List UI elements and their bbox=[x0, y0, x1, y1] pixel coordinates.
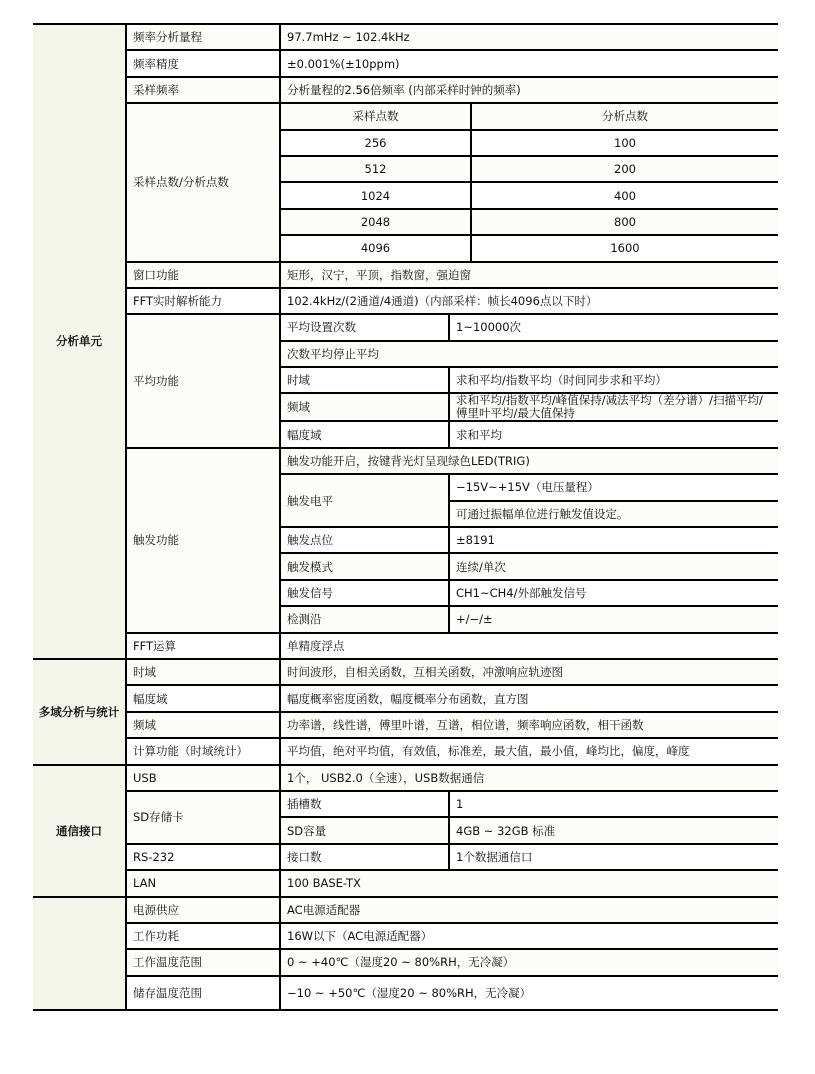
table-row: SD存储卡 插槽数 1 bbox=[33, 791, 778, 817]
sub-value: 连续/单次 bbox=[449, 553, 778, 579]
row-label: LAN bbox=[126, 870, 280, 896]
sub-value: CH1~CH4/外部触发信号 bbox=[449, 580, 778, 606]
cell: 800 bbox=[471, 209, 778, 235]
table-row: 计算功能（时域统计） 平均值，绝对平均值，有效值，标准差，最大值，最小值，峰均比… bbox=[33, 738, 778, 764]
sub-value: 1~10000次 bbox=[449, 314, 778, 340]
table-row: 采样频率 分析量程的2.56倍频率 (内部采样时钟的频率) bbox=[33, 77, 778, 103]
sub-label: 插槽数 bbox=[280, 791, 449, 817]
row-label: USB bbox=[126, 765, 280, 791]
row-label: 幅度域 bbox=[126, 685, 280, 711]
row-label: FFT运算 bbox=[126, 633, 280, 659]
row-label: 储存温度范围 bbox=[126, 976, 280, 1010]
table-row: 平均功能 平均设置次数 1~10000次 bbox=[33, 314, 778, 340]
table-row: RS-232 接口数 1个数据通信口 bbox=[33, 844, 778, 870]
row-label: SD存储卡 bbox=[126, 791, 280, 844]
sub-label: 触发信号 bbox=[280, 580, 449, 606]
table-row: 频率精度 ±0.001%(±10ppm) bbox=[33, 50, 778, 76]
sub-value: 求和平均/指数平均/峰值保持/减法平均（差分谱）/扫描平均/傅里叶平均/最大值保… bbox=[449, 393, 778, 421]
row-value: 平均值，绝对平均值，有效值，标准差，最大值，最小值，峰均比，偏度，峰度 bbox=[280, 738, 778, 764]
sub-label: 触发点位 bbox=[280, 527, 449, 553]
sub-value: 4GB ~ 32GB 标准 bbox=[449, 817, 778, 843]
sub-label: SD容量 bbox=[280, 817, 449, 843]
cell: 2048 bbox=[280, 209, 471, 235]
table-row: 触发功能 触发功能开启，按键背光灯呈现绿色LED(TRIG) bbox=[33, 448, 778, 474]
row-label: 触发功能 bbox=[126, 448, 280, 633]
table-row: 通信接口 USB 1个， USB2.0（全速），USB数据通信 bbox=[33, 765, 778, 791]
cell: 200 bbox=[471, 156, 778, 182]
row-value: 功率谱，线性谱，傅里叶谱，互谱，相位谱，频率响应函数，相干函数 bbox=[280, 712, 778, 738]
table-row: 幅度域 幅度概率密度函数，幅度概率分布函数，直方图 bbox=[33, 685, 778, 711]
group-analysis: 分析单元 bbox=[33, 24, 126, 659]
sub-label: 时域 bbox=[280, 367, 449, 393]
row-label: 窗口功能 bbox=[126, 262, 280, 288]
row-label: 采样频率 bbox=[126, 77, 280, 103]
row-label: 平均功能 bbox=[126, 314, 280, 448]
row-value: 时间波形，自相关函数，互相关函数，冲激响应轨迹图 bbox=[280, 659, 778, 685]
row-value: 矩形，汉宁，平顶，指数窗，强迫窗 bbox=[280, 262, 778, 288]
table-row: 窗口功能 矩形，汉宁，平顶，指数窗，强迫窗 bbox=[33, 262, 778, 288]
sub-value: 可通过振幅单位进行触发值设定。 bbox=[449, 501, 778, 527]
row-label: 计算功能（时域统计） bbox=[126, 738, 280, 764]
group-comm: 通信接口 bbox=[33, 765, 126, 897]
row-value: 幅度概率密度函数，幅度概率分布函数，直方图 bbox=[280, 685, 778, 711]
row-label: 频率精度 bbox=[126, 50, 280, 76]
sub-label: 触发电平 bbox=[280, 474, 449, 527]
row-value: ±0.001%(±10ppm) bbox=[280, 50, 778, 76]
table-row: LAN 100 BASE-TX bbox=[33, 870, 778, 896]
row-value: −10 ~ +50℃（湿度20 ~ 80%RH，无冷凝） bbox=[280, 976, 778, 1010]
row-label: FFT实时解析能力 bbox=[126, 288, 280, 314]
cell: 4096 bbox=[280, 235, 471, 261]
row-value: 0 ~ +40℃（湿度20 ~ 80%RH，无冷凝） bbox=[280, 949, 778, 975]
cell: 1600 bbox=[471, 235, 778, 261]
table-row: 多域分析与统计 时域 时间波形，自相关函数，互相关函数，冲激响应轨迹图 bbox=[33, 659, 778, 685]
cell: 256 bbox=[280, 130, 471, 156]
sub-value: 求和平均/指数平均（时间同步求和平均） bbox=[449, 367, 778, 393]
row-value: 100 BASE-TX bbox=[280, 870, 778, 896]
table-row: FFT实时解析能力 102.4kHz/(2通道/4通道)（内部采样：帧长4096… bbox=[33, 288, 778, 314]
cell: 400 bbox=[471, 182, 778, 208]
sub-value: 触发功能开启，按键背光灯呈现绿色LED(TRIG) bbox=[280, 448, 778, 474]
row-value: 16W以下（AC电源适配器） bbox=[280, 923, 778, 949]
table-row: 储存温度范围 −10 ~ +50℃（湿度20 ~ 80%RH，无冷凝） bbox=[33, 976, 778, 1010]
column-header: 采样点数 bbox=[280, 103, 471, 129]
sub-label: 平均设置次数 bbox=[280, 314, 449, 340]
group-multidomain: 多域分析与统计 bbox=[33, 659, 126, 765]
sub-value: 1个数据通信口 bbox=[449, 844, 778, 870]
table-row: 工作温度范围 0 ~ +40℃（湿度20 ~ 80%RH，无冷凝） bbox=[33, 949, 778, 975]
sub-value: 次数平均停止平均 bbox=[280, 341, 778, 367]
row-value: AC电源适配器 bbox=[280, 897, 778, 923]
sub-label: 触发模式 bbox=[280, 553, 449, 579]
sub-value: −15V~+15V（电压量程） bbox=[449, 474, 778, 500]
table-row: 分析单元 频率分析量程 97.7mHz ~ 102.4kHz bbox=[33, 24, 778, 50]
table-row: FFT运算 单精度浮点 bbox=[33, 633, 778, 659]
row-label: 频域 bbox=[126, 712, 280, 738]
cell: 1024 bbox=[280, 182, 471, 208]
column-header: 分析点数 bbox=[471, 103, 778, 129]
row-value: 1个， USB2.0（全速），USB数据通信 bbox=[280, 765, 778, 791]
spec-table: 分析单元 频率分析量程 97.7mHz ~ 102.4kHz 频率精度 ±0.0… bbox=[33, 23, 778, 1011]
row-value: 97.7mHz ~ 102.4kHz bbox=[280, 24, 778, 50]
row-label: 工作温度范围 bbox=[126, 949, 280, 975]
row-label: 时域 bbox=[126, 659, 280, 685]
sub-value: 求和平均 bbox=[449, 421, 778, 447]
row-value: 分析量程的2.56倍频率 (内部采样时钟的频率) bbox=[280, 77, 778, 103]
table-row: 频域 功率谱，线性谱，傅里叶谱，互谱，相位谱，频率响应函数，相干函数 bbox=[33, 712, 778, 738]
table-row: 采样点数/分析点数 采样点数 分析点数 bbox=[33, 103, 778, 129]
table-row: 工作功耗 16W以下（AC电源适配器） bbox=[33, 923, 778, 949]
sub-label: 频域 bbox=[280, 393, 449, 421]
sub-value: ±8191 bbox=[449, 527, 778, 553]
row-label: 采样点数/分析点数 bbox=[126, 103, 280, 261]
cell: 100 bbox=[471, 130, 778, 156]
cell: 512 bbox=[280, 156, 471, 182]
row-value: 102.4kHz/(2通道/4通道)（内部采样：帧长4096点以下时） bbox=[280, 288, 778, 314]
group-power bbox=[33, 897, 126, 1010]
sub-value: +/−/± bbox=[449, 606, 778, 632]
sub-label: 幅度域 bbox=[280, 421, 449, 447]
table-row: 电源供应 AC电源适配器 bbox=[33, 897, 778, 923]
row-value: 单精度浮点 bbox=[280, 633, 778, 659]
row-label: RS-232 bbox=[126, 844, 280, 870]
row-label: 电源供应 bbox=[126, 897, 280, 923]
row-label: 工作功耗 bbox=[126, 923, 280, 949]
row-label: 频率分析量程 bbox=[126, 24, 280, 50]
sub-label: 接口数 bbox=[280, 844, 449, 870]
sub-label: 检测沿 bbox=[280, 606, 449, 632]
sub-value: 1 bbox=[449, 791, 778, 817]
